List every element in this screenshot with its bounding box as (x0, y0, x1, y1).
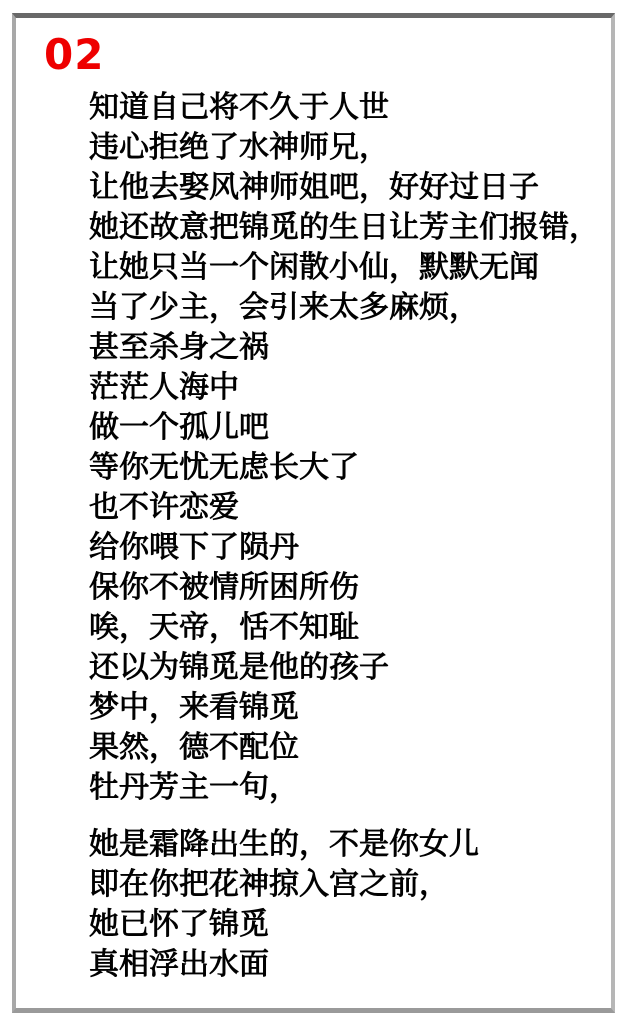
text-line: 让他去娶风神师姐吧，好好过日子 (89, 168, 611, 208)
text-line: 也不许恋爱 (89, 488, 611, 528)
text-line: 茫茫人海中 (89, 368, 611, 408)
text-line: 果然，德不配位 (89, 728, 611, 768)
text-line: 还以为锦觅是他的孩子 (89, 648, 611, 688)
text-line: 她是霜降出生的，不是你女儿 (89, 825, 611, 865)
text-line: 给你喂下了陨丹 (89, 528, 611, 568)
slide-frame: 02 知道自己将不久于人世违心拒绝了水神师兄，让他去娶风神师姐吧，好好过日子她还… (12, 13, 615, 1013)
text-line: 保你不被情所困所伤 (89, 568, 611, 608)
text-line: 违心拒绝了水神师兄， (89, 128, 611, 168)
text-line: 甚至杀身之祸 (89, 328, 611, 368)
text-line: 当了少主，会引来太多麻烦， (89, 288, 611, 328)
text-line: 牡丹芳主一句， (89, 768, 611, 808)
paragraph: 她是霜降出生的，不是你女儿即在你把花神掠入宫之前，她已怀了锦觅真相浮出水面 (89, 825, 611, 985)
text-line: 梦中，来看锦觅 (89, 688, 611, 728)
text-line: 即在你把花神掠入宫之前， (89, 865, 611, 905)
section-number: 02 (44, 32, 611, 78)
text-line: 让她只当一个闲散小仙，默默无闻 (89, 248, 611, 288)
text-line: 她还故意把锦觅的生日让芳主们报错， (89, 208, 611, 248)
page-canvas: 02 知道自己将不久于人世违心拒绝了水神师兄，让他去娶风神师姐吧，好好过日子她还… (0, 0, 627, 1026)
text-line: 等你无忧无虑长大了 (89, 448, 611, 488)
text-line: 知道自己将不久于人世 (89, 88, 611, 128)
paragraph: 知道自己将不久于人世违心拒绝了水神师兄，让他去娶风神师姐吧，好好过日子她还故意把… (89, 88, 611, 808)
text-line: 唉，天帝，恬不知耻 (89, 608, 611, 648)
text-block: 知道自己将不久于人世违心拒绝了水神师兄，让他去娶风神师姐吧，好好过日子她还故意把… (89, 88, 611, 985)
text-line: 做一个孤儿吧 (89, 408, 611, 448)
text-line: 真相浮出水面 (89, 945, 611, 985)
text-line: 她已怀了锦觅 (89, 905, 611, 945)
